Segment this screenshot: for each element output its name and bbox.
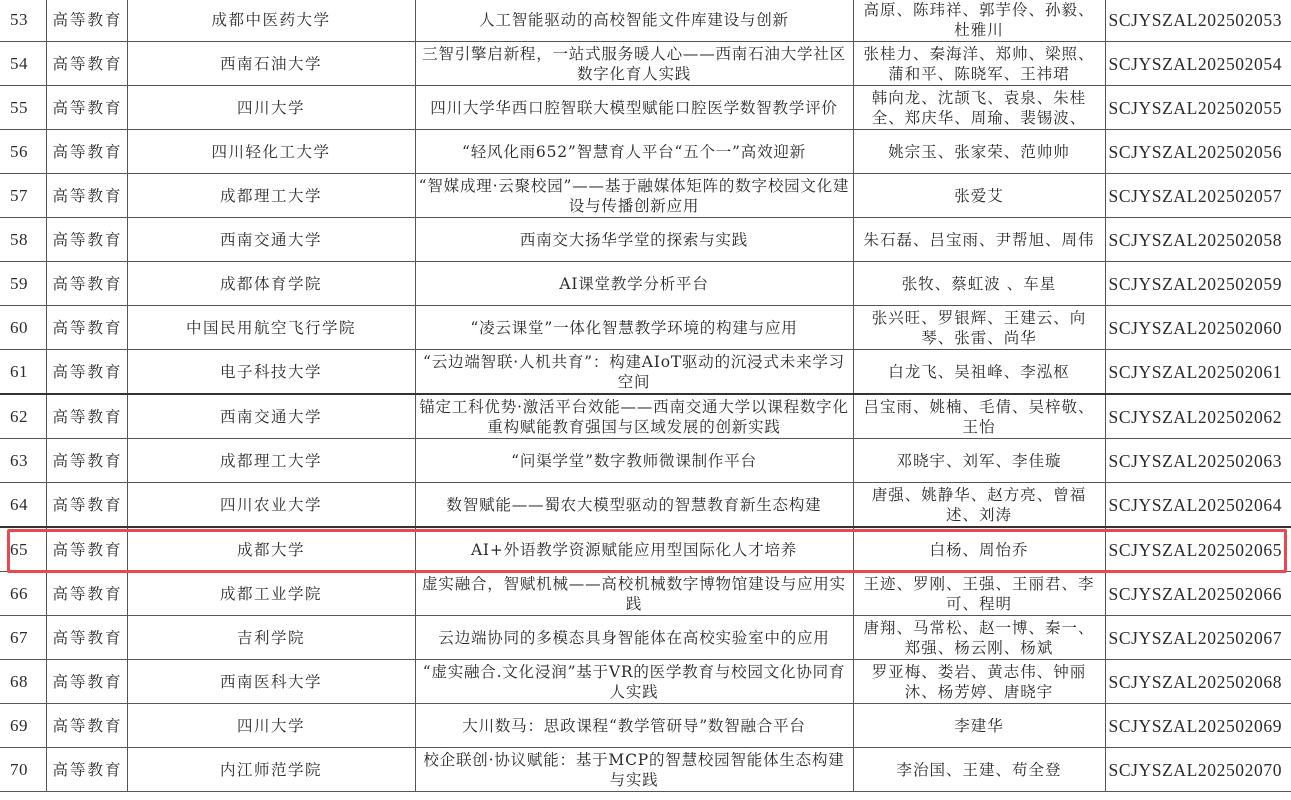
row-number-cell: 65 [0, 527, 46, 572]
case-code-cell: SCJYSZAL202502065 [1105, 527, 1291, 572]
school-cell: 西南石油大学 [127, 42, 415, 86]
school-cell: 四川大学 [127, 704, 415, 748]
project-title-cell: 三智引擎启新程，一站式服务暖人心——西南石油大学社区数字化育人实践 [415, 42, 853, 86]
school-cell: 成都工业学院 [127, 572, 415, 616]
table-row: 53高等教育成都中医药大学人工智能驱动的高校智能文件库建设与创新高原、陈玮祥、郭… [0, 0, 1291, 42]
table-row: 63高等教育成都理工大学“问渠学堂”数字教师微课制作平台邓晓宇、刘军、李佳璇SC… [0, 439, 1291, 483]
members-cell: 姚宗玉、张家荣、范帅帅 [853, 130, 1105, 174]
category-cell: 高等教育 [46, 394, 127, 439]
school-cell: 中国民用航空飞行学院 [127, 306, 415, 350]
case-code-cell: SCJYSZAL202502066 [1105, 572, 1291, 616]
table-row: 54高等教育西南石油大学三智引擎启新程，一站式服务暖人心——西南石油大学社区数字… [0, 42, 1291, 86]
members-cell: 邓晓宇、刘军、李佳璇 [853, 439, 1105, 483]
row-number-cell: 53 [0, 0, 46, 42]
members-cell: 朱石磊、吕宝雨、尹帮旭、周伟 [853, 218, 1105, 262]
members-cell: 唐强、姚静华、赵方亮、曾福述、刘涛 [853, 483, 1105, 528]
school-cell: 西南医科大学 [127, 660, 415, 704]
project-title-cell: “智媒成理·云聚校园”——基于融媒体矩阵的数字校园文化建设与传播创新应用 [415, 174, 853, 218]
school-cell: 吉利学院 [127, 616, 415, 660]
table-row: 62高等教育西南交通大学锚定工科优势·激活平台效能——西南交通大学以课程数字化重… [0, 394, 1291, 439]
school-cell: 四川农业大学 [127, 483, 415, 528]
table-row: 64高等教育四川农业大学数智赋能——蜀农大模型驱动的智慧教育新生态构建唐强、姚静… [0, 483, 1291, 528]
category-cell: 高等教育 [46, 0, 127, 42]
members-cell: 张爱艾 [853, 174, 1105, 218]
category-cell: 高等教育 [46, 572, 127, 616]
case-code-cell: SCJYSZAL202502070 [1105, 748, 1291, 792]
members-cell: 高原、陈玮祥、郭芋伶、孙毅、杜雅川 [853, 0, 1105, 42]
table-row: 61高等教育电子科技大学“云边端智联·人机共育”：构建AIoT驱动的沉浸式未来学… [0, 350, 1291, 395]
school-cell: 电子科技大学 [127, 350, 415, 395]
case-code-cell: SCJYSZAL202502060 [1105, 306, 1291, 350]
school-cell: 四川大学 [127, 86, 415, 130]
members-cell: 吕宝雨、姚楠、毛倩、吴梓敬、王怡 [853, 394, 1105, 439]
school-cell: 成都理工大学 [127, 174, 415, 218]
case-code-cell: SCJYSZAL202502054 [1105, 42, 1291, 86]
members-cell: 王迹、罗刚、王强、王丽君、李可、程明 [853, 572, 1105, 616]
category-cell: 高等教育 [46, 527, 127, 572]
table-row: 68高等教育西南医科大学“虚实融合.文化浸润”基于VR的医学教育与校园文化协同育… [0, 660, 1291, 704]
row-number-cell: 70 [0, 748, 46, 792]
category-cell: 高等教育 [46, 174, 127, 218]
row-number-cell: 66 [0, 572, 46, 616]
case-code-cell: SCJYSZAL202502068 [1105, 660, 1291, 704]
project-title-cell: 数智赋能——蜀农大模型驱动的智慧教育新生态构建 [415, 483, 853, 528]
school-cell: 成都大学 [127, 527, 415, 572]
row-number-cell: 62 [0, 394, 46, 439]
category-cell: 高等教育 [46, 262, 127, 306]
category-cell: 高等教育 [46, 42, 127, 86]
members-cell: 李治国、王建、苟全登 [853, 748, 1105, 792]
category-cell: 高等教育 [46, 130, 127, 174]
case-code-cell: SCJYSZAL202502067 [1105, 616, 1291, 660]
case-list-table: 53高等教育成都中医药大学人工智能驱动的高校智能文件库建设与创新高原、陈玮祥、郭… [0, 0, 1291, 792]
table-row: 56高等教育四川轻化工大学“轻风化雨652”智慧育人平台“五个一”高效迎新姚宗玉… [0, 130, 1291, 174]
case-code-cell: SCJYSZAL202502069 [1105, 704, 1291, 748]
school-cell: 西南交通大学 [127, 394, 415, 439]
row-number-cell: 64 [0, 483, 46, 528]
project-title-cell: 云边端协同的多模态具身智能体在高校实验室中的应用 [415, 616, 853, 660]
case-code-cell: SCJYSZAL202502057 [1105, 174, 1291, 218]
row-number-cell: 59 [0, 262, 46, 306]
row-number-cell: 58 [0, 218, 46, 262]
table-row: 70高等教育内江师范学院校企联创·协议赋能：基于MCP的智慧校园智能体生态构建与… [0, 748, 1291, 792]
project-title-cell: 西南交大扬华学堂的探索与实践 [415, 218, 853, 262]
project-title-cell: 四川大学华西口腔智联大模型赋能口腔医学数智教学评价 [415, 86, 853, 130]
category-cell: 高等教育 [46, 483, 127, 528]
members-cell: 张牧、蔡虹波 、车星 [853, 262, 1105, 306]
case-code-cell: SCJYSZAL202502059 [1105, 262, 1291, 306]
row-number-cell: 54 [0, 42, 46, 86]
table-body: 53高等教育成都中医药大学人工智能驱动的高校智能文件库建设与创新高原、陈玮祥、郭… [0, 0, 1291, 792]
members-cell: 白杨、周怡乔 [853, 527, 1105, 572]
school-cell: 西南交通大学 [127, 218, 415, 262]
row-number-cell: 69 [0, 704, 46, 748]
table-row: 60高等教育中国民用航空飞行学院“凌云课堂”一体化智慧教学环境的构建与应用张兴旺… [0, 306, 1291, 350]
category-cell: 高等教育 [46, 306, 127, 350]
case-code-cell: SCJYSZAL202502061 [1105, 350, 1291, 395]
category-cell: 高等教育 [46, 704, 127, 748]
school-cell: 四川轻化工大学 [127, 130, 415, 174]
row-number-cell: 67 [0, 616, 46, 660]
members-cell: 白龙飞、吴祖峰、李泓枢 [853, 350, 1105, 395]
table-row: 59高等教育成都体育学院AI课堂教学分析平台张牧、蔡虹波 、车星SCJYSZAL… [0, 262, 1291, 306]
category-cell: 高等教育 [46, 660, 127, 704]
case-code-cell: SCJYSZAL202502055 [1105, 86, 1291, 130]
table-row: 65高等教育成都大学AI+外语教学资源赋能应用型国际化人才培养白杨、周怡乔SCJ… [0, 527, 1291, 572]
school-cell: 成都体育学院 [127, 262, 415, 306]
category-cell: 高等教育 [46, 218, 127, 262]
case-code-cell: SCJYSZAL202502062 [1105, 394, 1291, 439]
table-row: 57高等教育成都理工大学“智媒成理·云聚校园”——基于融媒体矩阵的数字校园文化建… [0, 174, 1291, 218]
category-cell: 高等教育 [46, 616, 127, 660]
members-cell: 唐翔、马常松、赵一博、秦一、郑强、杨云刚、杨斌 [853, 616, 1105, 660]
project-title-cell: AI课堂教学分析平台 [415, 262, 853, 306]
school-cell: 成都中医药大学 [127, 0, 415, 42]
category-cell: 高等教育 [46, 350, 127, 395]
case-list-table-wrapper: 53高等教育成都中医药大学人工智能驱动的高校智能文件库建设与创新高原、陈玮祥、郭… [0, 0, 1291, 792]
project-title-cell: “凌云课堂”一体化智慧教学环境的构建与应用 [415, 306, 853, 350]
row-number-cell: 60 [0, 306, 46, 350]
case-code-cell: SCJYSZAL202502056 [1105, 130, 1291, 174]
project-title-cell: 校企联创·协议赋能：基于MCP的智慧校园智能体生态构建与实践 [415, 748, 853, 792]
table-row: 58高等教育西南交通大学西南交大扬华学堂的探索与实践朱石磊、吕宝雨、尹帮旭、周伟… [0, 218, 1291, 262]
school-cell: 内江师范学院 [127, 748, 415, 792]
members-cell: 李建华 [853, 704, 1105, 748]
project-title-cell: 虚实融合，智赋机械——高校机械数字博物馆建设与应用实践 [415, 572, 853, 616]
project-title-cell: “虚实融合.文化浸润”基于VR的医学教育与校园文化协同育人实践 [415, 660, 853, 704]
row-number-cell: 63 [0, 439, 46, 483]
row-number-cell: 61 [0, 350, 46, 395]
project-title-cell: “轻风化雨652”智慧育人平台“五个一”高效迎新 [415, 130, 853, 174]
members-cell: 张桂力、秦海洋、郑帅、梁照、蒲和平、陈晓军、王祎珺 [853, 42, 1105, 86]
row-number-cell: 55 [0, 86, 46, 130]
project-title-cell: 大川数马：思政课程“教学管研导”数智融合平台 [415, 704, 853, 748]
table-row: 69高等教育四川大学大川数马：思政课程“教学管研导”数智融合平台李建华SCJYS… [0, 704, 1291, 748]
case-code-cell: SCJYSZAL202502064 [1105, 483, 1291, 528]
members-cell: 罗亚梅、娄岩、黄志伟、钟丽沐、杨芳婷、唐晓宇 [853, 660, 1105, 704]
project-title-cell: “云边端智联·人机共育”：构建AIoT驱动的沉浸式未来学习空间 [415, 350, 853, 395]
table-row: 67高等教育吉利学院云边端协同的多模态具身智能体在高校实验室中的应用唐翔、马常松… [0, 616, 1291, 660]
project-title-cell: 锚定工科优势·激活平台效能——西南交通大学以课程数字化重构赋能教育强国与区域发展… [415, 394, 853, 439]
category-cell: 高等教育 [46, 86, 127, 130]
project-title-cell: AI+外语教学资源赋能应用型国际化人才培养 [415, 527, 853, 572]
members-cell: 张兴旺、罗银辉、王建云、向琴、张雷、尚华 [853, 306, 1105, 350]
project-title-cell: “问渠学堂”数字教师微课制作平台 [415, 439, 853, 483]
table-row: 55高等教育四川大学四川大学华西口腔智联大模型赋能口腔医学数智教学评价韩向龙、沈… [0, 86, 1291, 130]
table-row: 66高等教育成都工业学院虚实融合，智赋机械——高校机械数字博物馆建设与应用实践王… [0, 572, 1291, 616]
case-code-cell: SCJYSZAL202502058 [1105, 218, 1291, 262]
case-code-cell: SCJYSZAL202502053 [1105, 0, 1291, 42]
category-cell: 高等教育 [46, 439, 127, 483]
category-cell: 高等教育 [46, 748, 127, 792]
members-cell: 韩向龙、沈颉飞、袁泉、朱桂全、郑庆华、周瑜、裴锡波、 [853, 86, 1105, 130]
project-title-cell: 人工智能驱动的高校智能文件库建设与创新 [415, 0, 853, 42]
row-number-cell: 68 [0, 660, 46, 704]
case-code-cell: SCJYSZAL202502063 [1105, 439, 1291, 483]
row-number-cell: 56 [0, 130, 46, 174]
row-number-cell: 57 [0, 174, 46, 218]
school-cell: 成都理工大学 [127, 439, 415, 483]
